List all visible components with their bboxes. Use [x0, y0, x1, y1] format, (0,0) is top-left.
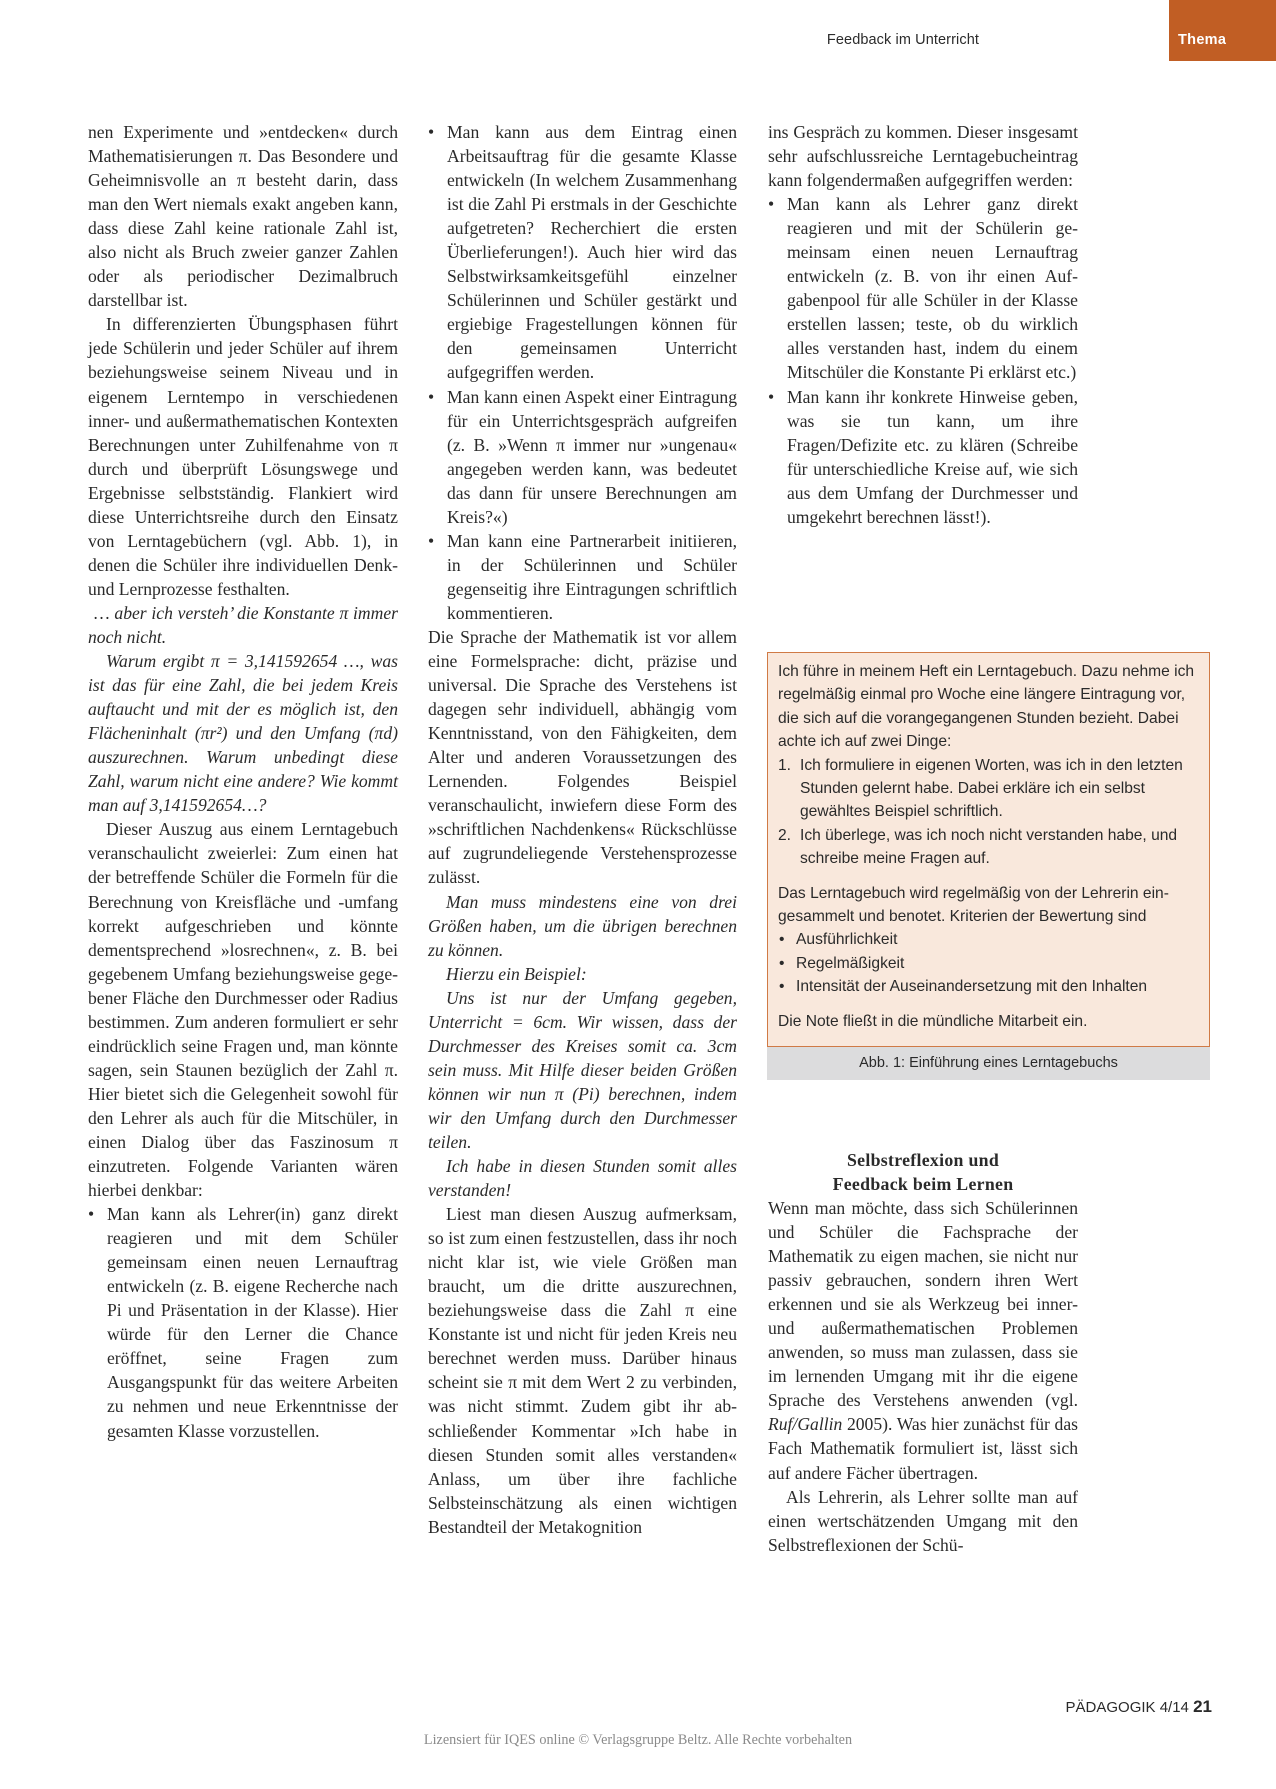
grading-intro: Das Lerntagebuch wird regelmäßig von der… — [778, 882, 1199, 929]
diary-quote: … aber ich versteh’ die Konstante π imme… — [88, 601, 398, 649]
list-item: 1.Ich formuliere in eigenen Worten, was … — [778, 754, 1199, 824]
spacer — [778, 871, 1199, 882]
magazine-issue: PÄDAGOGIK 4/14 — [1066, 1699, 1189, 1716]
license-notice: Lizensiert für IQES online © Verlagsgrup… — [0, 1732, 1276, 1749]
list-item: Man kann ihr konkrete Hinwei­se geben, w… — [768, 385, 1078, 529]
diary-quote: Man muss mindestens eine von drei Größen… — [428, 890, 737, 962]
paragraph: In differenzierten Übungsphasen führt je… — [88, 312, 398, 601]
bullet-list: Man kann als Lehrer(in) ganz di­rekt rea… — [88, 1202, 398, 1442]
criteria-list: Ausführlichkeit Regelmäßigkeit Intensitä… — [778, 928, 1199, 998]
diary-quote: Warum ergibt π = 3,141592654 …, was ist … — [88, 649, 398, 817]
figure-box: Ich führe in meinem Heft ein Lerntagebuc… — [767, 652, 1210, 1047]
column-2: Man kann aus dem Eintrag einen Arbeitsau… — [428, 120, 737, 1539]
list-text: Ich formuliere in eigenen Worten, was ic… — [800, 757, 1183, 821]
list-item: Man kann als Lehrer ganz direkt reagiere… — [768, 192, 1078, 384]
figure-closing: Die Note fließt in die mündliche Mitarbe… — [778, 1010, 1199, 1033]
page-number: 21 — [1193, 1697, 1212, 1716]
paragraph: Liest man diesen Auszug aufmerk­sam, so … — [428, 1202, 737, 1539]
column-1: nen Experimente und »entdecken« durch Ma… — [88, 120, 398, 1443]
diary-quote: Ich habe in diesen Stunden somit al­les … — [428, 1154, 737, 1202]
list-item: Regelmäßigkeit — [778, 952, 1199, 975]
list-item: 2.Ich überlege, was ich noch nicht verst… — [778, 824, 1199, 871]
list-item: Intensität der Auseinandersetzung mit de… — [778, 975, 1199, 998]
section-tab: Thema — [1169, 0, 1276, 61]
bullet-list: Man kann aus dem Eintrag einen Arbeitsau… — [428, 120, 737, 625]
paragraph: nen Experimente und »entdecken« durch Ma… — [88, 120, 398, 312]
figure-intro: Ich führe in meinem Heft ein Lerntagebuc… — [778, 660, 1199, 754]
diary-quote: Uns ist nur der Umfang gegeben, Unterric… — [428, 986, 737, 1154]
list-number: 1. — [778, 754, 791, 777]
text-run: Wenn man möchte, dass sich Schü­lerinnen… — [768, 1198, 1078, 1410]
paragraph: Wenn man möchte, dass sich Schü­lerinnen… — [768, 1196, 1078, 1485]
citation-author: Ruf/Gallin — [768, 1414, 842, 1434]
list-item: Man kann eine Partnerarbeit in­itiieren,… — [428, 529, 737, 625]
running-title: Feedback im Unterricht — [827, 32, 979, 48]
section-tab-label: Thema — [1178, 32, 1226, 48]
paragraph: Die Sprache der Mathematik ist vor allem… — [428, 625, 737, 890]
spacer — [778, 999, 1199, 1010]
paragraph: ins Gespräch zu kommen. Dieser ins­gesam… — [768, 120, 1078, 192]
list-number: 2. — [778, 824, 791, 847]
section-heading: Selbstreflexion und Feedback beim Lernen — [768, 1148, 1078, 1196]
list-item: Man kann als Lehrer(in) ganz di­rekt rea… — [88, 1202, 398, 1442]
bullet-list: Man kann als Lehrer ganz direkt reagiere… — [768, 192, 1078, 529]
list-item: Man kann einen Aspekt einer Ein­tragung … — [428, 385, 737, 529]
paragraph: Als Lehrerin, als Lehrer sollte man auf … — [768, 1485, 1078, 1557]
list-text: Ich überlege, was ich noch nicht verstan… — [800, 827, 1177, 867]
numbered-list: 1.Ich formuliere in eigenen Worten, was … — [778, 754, 1199, 871]
column-3-section: Wenn man möchte, dass sich Schü­lerinnen… — [768, 1196, 1078, 1557]
list-item: Ausführlichkeit — [778, 928, 1199, 951]
figure-caption: Abb. 1: Einführung eines Lerntagebuchs — [767, 1047, 1210, 1080]
list-item: Man kann aus dem Eintrag einen Arbeitsau… — [428, 120, 737, 385]
magazine-footer: PÄDAGOGIK 4/14 21 — [1066, 1697, 1212, 1717]
section-heading-line: Feedback beim Lernen — [768, 1172, 1078, 1196]
diary-quote: Hierzu ein Beispiel: — [428, 962, 737, 986]
section-heading-line: Selbstreflexion und — [768, 1148, 1078, 1172]
column-3: ins Gespräch zu kommen. Dieser ins­gesam… — [768, 120, 1078, 529]
paragraph: Dieser Auszug aus einem Lerntage­buch ve… — [88, 817, 398, 1202]
